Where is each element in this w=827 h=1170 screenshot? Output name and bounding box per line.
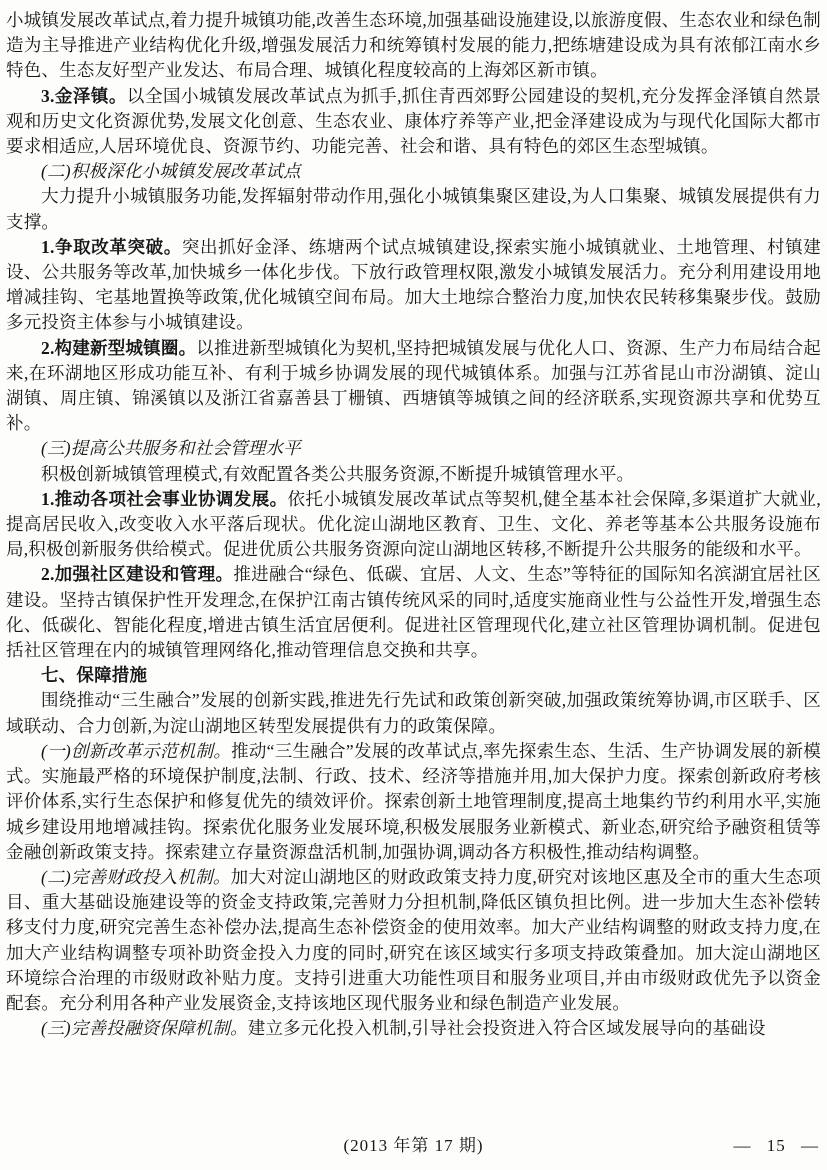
paragraph: 2.构建新型城镇圈。以推进新型城镇化为契机,坚持把城镇发展与优化人口、资源、生产… xyxy=(6,336,821,437)
paragraph: (三)完善投融资保障机制。建立多元化投入机制,引导社会投资进入符合区域发展导向的… xyxy=(6,1016,821,1041)
paragraph-lead: 1.推动各项社会事业协调发展。 xyxy=(41,489,288,509)
paragraph: 3.金泽镇。以全国小城镇发展改革试点为抓手,抓住青西郊野公园建设的契机,充分发挥… xyxy=(6,84,821,160)
footer-page-number: — 15 — xyxy=(734,1134,820,1158)
paragraph-lead: (三)完善投融资保障机制。 xyxy=(41,1018,248,1038)
paragraph: 积极创新城镇管理模式,有效配置各类公共服务资源,不断提升城镇管理水平。 xyxy=(6,462,821,487)
paragraph-lead: 1.争取改革突破。 xyxy=(41,237,182,257)
document-page: 小城镇发展改革试点,着力提升城镇功能,改善生态环境,加强基础设施建设,以旅游度假… xyxy=(0,0,827,1170)
section-heading: 七、保障措施 xyxy=(6,663,821,688)
paragraph: 小城镇发展改革试点,着力提升城镇功能,改善生态环境,加强基础设施建设,以旅游度假… xyxy=(6,8,821,84)
paragraph: (一)创新改革示范机制。推动“三生融合”发展的改革试点,率先探索生态、生活、生产… xyxy=(6,739,821,865)
paragraph-lead: 3.金泽镇。 xyxy=(41,86,127,106)
section-heading: (三)提高公共服务和社会管理水平 xyxy=(6,436,821,461)
paragraph: 1.推动各项社会事业协调发展。依托小城镇发展改革试点等契机,健全基本社会保障,多… xyxy=(6,487,821,563)
paragraph-lead: (二)完善财政投入机制。 xyxy=(41,867,231,887)
section-heading: (二)积极深化小城镇发展改革试点 xyxy=(6,159,821,184)
page-footer: (2013 年第 17 期) — 15 — xyxy=(0,1134,827,1158)
paragraph: 大力提升小城镇服务功能,发挥辐射带动作用,强化小城镇集聚区建设,为人口集聚、城镇… xyxy=(6,184,821,234)
paragraph: 2.加强社区建设和管理。推进融合“绿色、低碳、宜居、人文、生态”等特征的国际知名… xyxy=(6,562,821,663)
document-body: 小城镇发展改革试点,着力提升城镇功能,改善生态环境,加强基础设施建设,以旅游度假… xyxy=(6,8,821,1041)
paragraph: 1.争取改革突破。突出抓好金泽、练塘两个试点城镇建设,探索实施小城镇就业、土地管… xyxy=(6,235,821,336)
paragraph: (二)完善财政投入机制。加大对淀山湖地区的财政政策支持力度,研究对该地区惠及全市… xyxy=(6,865,821,1016)
footer-issue-label: (2013 年第 17 期) xyxy=(0,1134,827,1158)
paragraph-lead: 2.加强社区建设和管理。 xyxy=(41,564,233,584)
paragraph: 围绕推动“三生融合”发展的创新实践,推进先行先试和政策创新突破,加强政策统筹协调… xyxy=(6,688,821,738)
paragraph-lead: (一)创新改革示范机制。 xyxy=(41,741,231,761)
paragraph-lead: 2.构建新型城镇圈。 xyxy=(41,338,196,358)
